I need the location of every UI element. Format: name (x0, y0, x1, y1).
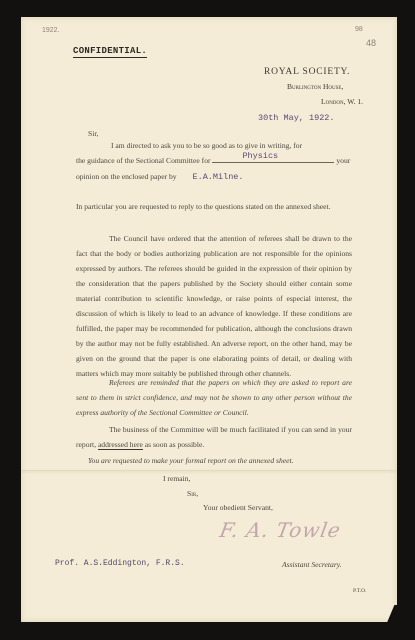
committee-suffix: your (336, 156, 350, 165)
fold-line (21, 470, 397, 471)
address-line-2: London, W. 1. (321, 97, 363, 106)
paragraph-3: The Council have ordered that the attent… (76, 231, 352, 381)
closing-line-3: Your obedient Servant, (203, 500, 273, 515)
address-line-1: Burlington House, (287, 82, 343, 91)
salutation: Sir, (88, 126, 98, 141)
letter-date: 30th May, 1922. (258, 113, 335, 123)
signatory-title: Assistant Secretary. (282, 557, 342, 572)
committee-field: Physics (212, 153, 334, 163)
addressed-here-underlined: addressed here (98, 440, 143, 450)
paragraph-1-line-2: the guidance of the Sectional Committee … (76, 153, 350, 168)
closing-line-2: Sir, (187, 486, 198, 501)
paragraph-5-suffix: as soon as possible. (145, 440, 204, 449)
paragraph-6: You are requested to make your formal re… (88, 453, 294, 468)
confidential-heading: CONFIDENTIAL. (73, 46, 147, 58)
signature: F. A. Towle (218, 518, 343, 542)
closing-line-1: I remain, (163, 471, 190, 486)
author-label: opinion on the enclosed paper by (76, 172, 177, 181)
committee-value: Physics (242, 149, 278, 164)
author-value: E.A.Milne. (193, 172, 244, 182)
paragraph-2: In particular you are requested to reply… (76, 199, 352, 214)
paragraph-4: Referees are reminded that the papers on… (76, 375, 352, 420)
committee-label: the guidance of the Sectional Committee … (76, 156, 211, 165)
year-annotation: 1922. (42, 27, 60, 34)
recipient-name: Prof. A.S.Eddington, F.R.S. (55, 559, 185, 568)
folio-number-top: 98 (355, 26, 363, 33)
paragraph-5: The business of the Committee will be mu… (76, 422, 352, 452)
please-turn-over: P.T.O. (353, 584, 367, 599)
paragraph-1-line-3: opinion on the enclosed paper by E.A.Mil… (76, 169, 244, 185)
folio-number-bottom: 48 (366, 38, 376, 48)
institution-name: ROYAL SOCIETY. (264, 67, 350, 77)
